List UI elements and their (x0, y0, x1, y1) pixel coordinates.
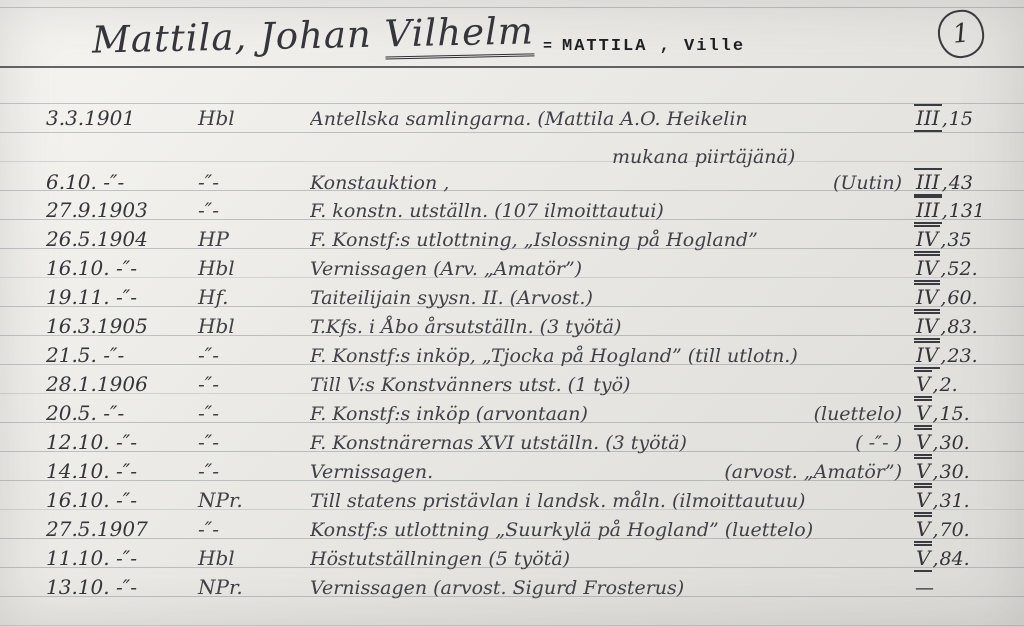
reference-page: 30. (939, 461, 970, 483)
entry-reference: IV,52. (914, 256, 1016, 281)
entry-description-continuation: mukana piirtäjänä) (612, 146, 795, 168)
reference-separator: , (932, 490, 938, 512)
entry-description: Till statens pristävlan i landsk. måln. … (310, 489, 805, 513)
reference-volume: V (914, 515, 932, 543)
entry-description: Höstutställningen (5 työtä) (310, 547, 570, 571)
entry-note: (arvost. „Amatör”) (724, 460, 914, 484)
entry-date: 11.10. -″- (46, 546, 198, 570)
reference-separator: , (932, 461, 938, 483)
entry-reference: V,2. (914, 372, 1016, 397)
entry-date: 16.3.1905 (46, 314, 198, 338)
reference-volume: III (914, 168, 942, 196)
ruled-line (0, 625, 1024, 626)
entry-note: ( -″- ) (855, 431, 914, 455)
reference-page: 43 (948, 172, 973, 194)
entry-description: Vernissagen (arvost. Sigurd Frosterus) (310, 576, 684, 600)
table-row: 6.10. -″--″-Konstauktion ,(Uutin)III,43 (46, 170, 1016, 195)
entry-source: Hbl (198, 256, 310, 280)
reference-volume: V (914, 544, 932, 572)
entry-reference: — (914, 576, 1016, 600)
entry-reference: V,30. (914, 430, 1016, 455)
reference-separator: , (942, 200, 948, 222)
entry-date: 21.5. -″- (46, 343, 198, 367)
entry-description: Till V:s Konstvänners utst. (1 työ) (310, 373, 630, 397)
reference-separator: , (932, 374, 938, 396)
table-row: 16.3.1905HblT.Kfs. i Åbo årsutställn. (3… (46, 314, 1016, 339)
reference-page: 83. (946, 316, 977, 338)
reference-separator: , (932, 403, 938, 425)
entry-description: Vernissagen (Arv. „Amatör”) (310, 257, 582, 281)
reference-volume: V (914, 370, 932, 398)
entry-source: -″- (198, 343, 310, 367)
reference-page: 15 (948, 108, 973, 130)
entry-source: -″- (198, 372, 310, 396)
reference-page: 60. (946, 287, 977, 309)
ruled-line (0, 103, 1024, 104)
table-row: 3.3.1901HblAntellska samlingarna. (Matti… (46, 106, 1016, 131)
entry-source: Hf. (198, 285, 310, 309)
entry-date: 20.5. -″- (46, 401, 198, 425)
reference-volume: V (914, 486, 932, 514)
reference-page: 30. (939, 432, 970, 454)
entry-description: Taiteilijain syysn. II. (Arvost.) (310, 286, 593, 310)
reference-volume: V (914, 457, 932, 485)
entry-description: F. Konstf:s inköp (arvontaan) (310, 402, 588, 426)
page-number-circle: 1 (936, 8, 987, 61)
archive-index-card: Mattila, Johan Vilhelm =MATTILA , Ville … (0, 0, 1024, 627)
entry-reference: V,84. (914, 546, 1016, 571)
entry-description: T.Kfs. i Åbo årsutställn. (3 työtä) (310, 315, 621, 339)
reference-volume: IV (914, 283, 940, 311)
entry-reference: V,31. (914, 488, 1016, 513)
entry-source: -″- (198, 459, 310, 483)
entry-date: 28.1.1906 (46, 372, 198, 396)
entry-description: F. Konstnärernas XVI utställn. (3 työtä) (310, 431, 687, 455)
entry-description: F. Konstf:s utlottning, „Islossning på H… (310, 228, 758, 252)
entry-date: 14.10. -″- (46, 459, 198, 483)
entry-reference: V,30. (914, 459, 1016, 484)
entry-description: Vernissagen. (310, 460, 433, 484)
entry-date: 27.9.1903 (46, 198, 198, 222)
reference-volume: IV (914, 225, 940, 253)
entry-source: -″- (198, 430, 310, 454)
entry-date: 19.11. -″- (46, 285, 198, 309)
reference-separator: , (942, 172, 948, 194)
reference-volume: IV (914, 312, 940, 340)
entry-reference: V,15. (914, 401, 1016, 426)
entry-source: Hbl (198, 546, 310, 570)
table-row: 16.10. -″-NPr.Till statens pristävlan i … (46, 488, 1016, 513)
entry-description: F. Konstf:s inköp, „Tjocka på Hogland” (… (310, 344, 798, 368)
entry-description: F. konstn. utställn. (107 ilmoittautui) (310, 199, 664, 223)
entry-description: Konstauktion , (310, 171, 449, 195)
entry-date: 6.10. -″- (46, 170, 198, 194)
entry-date: 12.10. -″- (46, 430, 198, 454)
table-row: 28.1.1906-″-Till V:s Konstvänners utst. … (46, 372, 1016, 397)
entry-description: Antellska samlingarna. (Mattila A.O. Hei… (310, 107, 748, 131)
table-row: 16.10. -″-HblVernissagen (Arv. „Amatör”)… (46, 256, 1016, 281)
table-row: 11.10. -″-HblHöstutställningen (5 työtä)… (46, 546, 1016, 571)
reference-separator: , (932, 519, 938, 541)
table-row: 26.5.1904HPF. Konstf:s utlottning, „Islo… (46, 227, 1016, 252)
entry-reference: III,43 (914, 170, 1016, 195)
reference-separator: , (932, 432, 938, 454)
entry-reference: IV,23. (914, 343, 1016, 368)
reference-volume: V (914, 399, 932, 427)
ruled-line (0, 132, 1024, 133)
entry-source: -″- (198, 517, 310, 541)
entry-source: -″- (198, 198, 310, 222)
entry-reference: III,131 (914, 198, 1016, 223)
typed-name: =MATTILA , Ville (543, 37, 745, 56)
table-row: 27.5.1907-″-Konstf:s utlottning „Suurkyl… (46, 517, 1016, 542)
reference-page: 35 (946, 229, 971, 251)
reference-volume: IV (914, 341, 940, 369)
entry-source: HP (198, 227, 310, 251)
reference-page: — (914, 577, 934, 599)
entry-source: NPr. (198, 488, 310, 512)
ruled-line (0, 7, 1024, 8)
handwritten-name-underlined: Vilhelm (384, 9, 534, 59)
reference-volume: V (914, 428, 932, 456)
entry-date: 16.10. -″- (46, 488, 198, 512)
entry-source: -″- (198, 170, 310, 194)
table-row: 14.10. -″--″-Vernissagen.(arvost. „Amatö… (46, 459, 1016, 484)
entry-date: 26.5.1904 (46, 227, 198, 251)
equals-mark: = (543, 38, 554, 55)
reference-separator: , (942, 108, 948, 130)
table-row: 27.9.1903-″-F. konstn. utställn. (107 il… (46, 198, 1016, 223)
table-row: 19.11. -″-Hf.Taiteilijain syysn. II. (Ar… (46, 285, 1016, 310)
typed-name-text: MATTILA , Ville (562, 37, 745, 56)
reference-separator: , (932, 548, 938, 570)
entry-reference: III,15 (914, 106, 1016, 131)
entry-reference: IV,83. (914, 314, 1016, 339)
table-row: 21.5. -″--″-F. Konstf:s inköp, „Tjocka p… (46, 343, 1016, 368)
reference-page: 84. (939, 548, 970, 570)
entry-description: Konstf:s utlottning „Suurkylä på Hogland… (310, 518, 813, 542)
entry-source: NPr. (198, 575, 310, 599)
entry-date: 3.3.1901 (46, 106, 198, 130)
header-divider-line (0, 66, 1024, 68)
table-row: 12.10. -″--″-F. Konstnärernas XVI utstäl… (46, 430, 1016, 455)
reference-page: 52. (946, 258, 977, 280)
reference-volume: III (914, 196, 942, 224)
entry-note: (Uutin) (833, 171, 914, 195)
entry-source: Hbl (198, 314, 310, 338)
entry-date: 13.10. -″- (46, 575, 198, 599)
entry-reference: IV,60. (914, 285, 1016, 310)
entry-reference: V,70. (914, 517, 1016, 542)
reference-volume: IV (914, 254, 940, 282)
reference-page: 70. (939, 519, 970, 541)
handwritten-name: Mattila, Johan Vilhelm (92, 9, 535, 61)
reference-page: 31. (939, 490, 970, 512)
entry-date: 16.10. -″- (46, 256, 198, 280)
entry-reference: IV,35 (914, 227, 1016, 252)
ruled-line (0, 161, 1024, 162)
reference-volume: III (914, 104, 942, 132)
table-row: 20.5. -″--″-F. Konstf:s inköp (arvontaan… (46, 401, 1016, 426)
entry-note: (luettelo) (814, 402, 914, 426)
table-row: 13.10. -″-NPr.Vernissagen (arvost. Sigur… (46, 575, 1016, 600)
entry-source: Hbl (198, 106, 310, 130)
handwritten-name-given: Mattila, Johan (92, 13, 385, 62)
entry-source: -″- (198, 401, 310, 425)
reference-page: 131 (948, 200, 985, 222)
reference-page: 15. (939, 403, 970, 425)
page-number: 1 (951, 18, 971, 50)
reference-page: 2. (939, 374, 958, 396)
entry-date: 27.5.1907 (46, 517, 198, 541)
reference-page: 23. (946, 345, 977, 367)
